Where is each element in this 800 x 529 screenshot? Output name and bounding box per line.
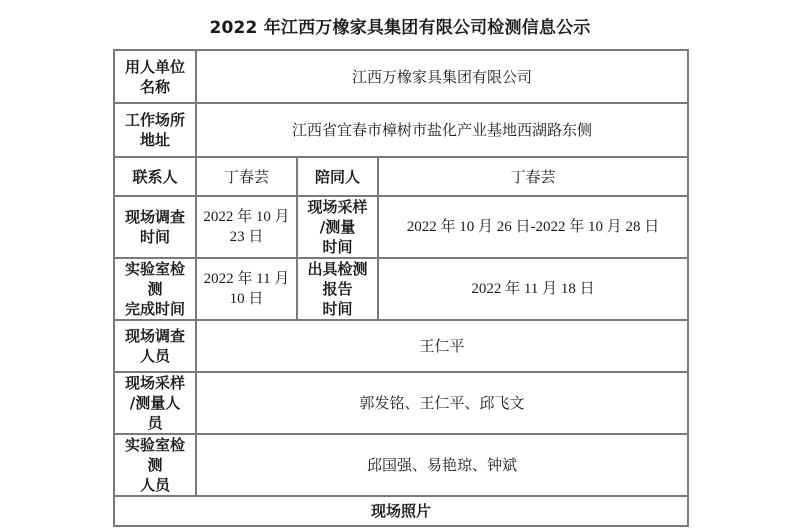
escort-label: 陪同人 [297, 157, 378, 196]
escort-value: 丁春芸 [378, 157, 688, 196]
row-lab-time: 实验室检 测 完成时间 2022 年 11 月 10 日 出具检测 报告 时间 … [114, 258, 688, 320]
survey-time-label: 现场调查 时间 [114, 196, 196, 258]
sampling-staff-value: 郭发铭、王仁平、邱飞文 [196, 372, 688, 434]
lab-completion-time-value: 2022 年 11 月 10 日 [196, 258, 297, 320]
employer-name-label: 用人单位 名称 [114, 50, 196, 103]
sampling-time-value: 2022 年 10 月 26 日-2022 年 10 月 28 日 [378, 196, 688, 258]
row-employer-name: 用人单位 名称 江西万橡家具集团有限公司 [114, 50, 688, 103]
survey-time-value: 2022 年 10 月 23 日 [196, 196, 297, 258]
sampling-time-label: 现场采样 /测量 时间 [297, 196, 378, 258]
sampling-staff-label: 现场采样 /测量人 员 [114, 372, 196, 434]
survey-staff-value: 王仁平 [196, 320, 688, 372]
row-photos-header: 现场照片 [114, 496, 688, 526]
row-contacts: 联系人 丁春芸 陪同人 丁春芸 [114, 157, 688, 196]
report-time-value: 2022 年 11 月 18 日 [378, 258, 688, 320]
employer-name-value: 江西万橡家具集团有限公司 [196, 50, 688, 103]
report-time-label: 出具检测 报告 时间 [297, 258, 378, 320]
contact-label: 联系人 [114, 157, 196, 196]
row-survey-staff: 现场调查 人员 王仁平 [114, 320, 688, 372]
lab-staff-label: 实验室检 测 人员 [114, 434, 196, 496]
survey-staff-label: 现场调查 人员 [114, 320, 196, 372]
contact-value: 丁春芸 [196, 157, 297, 196]
workplace-address-value: 江西省宜春市樟树市盐化产业基地西湖路东侧 [196, 103, 688, 157]
row-sampling-staff: 现场采样 /测量人 员 郭发铭、王仁平、邱飞文 [114, 372, 688, 434]
lab-staff-value: 邱国强、易艳琼、钟斌 [196, 434, 688, 496]
row-workplace-address: 工作场所 地址 江西省宜春市樟树市盐化产业基地西湖路东侧 [114, 103, 688, 157]
document-title: 2022 年江西万橡家具集团有限公司检测信息公示 [0, 13, 800, 38]
site-photos-header: 现场照片 [114, 496, 688, 526]
workplace-address-label: 工作场所 地址 [114, 103, 196, 157]
row-lab-staff: 实验室检 测 人员 邱国强、易艳琼、钟斌 [114, 434, 688, 496]
row-survey-time: 现场调查 时间 2022 年 10 月 23 日 现场采样 /测量 时间 202… [114, 196, 688, 258]
inspection-info-table: 用人单位 名称 江西万橡家具集团有限公司 工作场所 地址 江西省宜春市樟树市盐化… [113, 49, 689, 527]
lab-completion-time-label: 实验室检 测 完成时间 [114, 258, 196, 320]
